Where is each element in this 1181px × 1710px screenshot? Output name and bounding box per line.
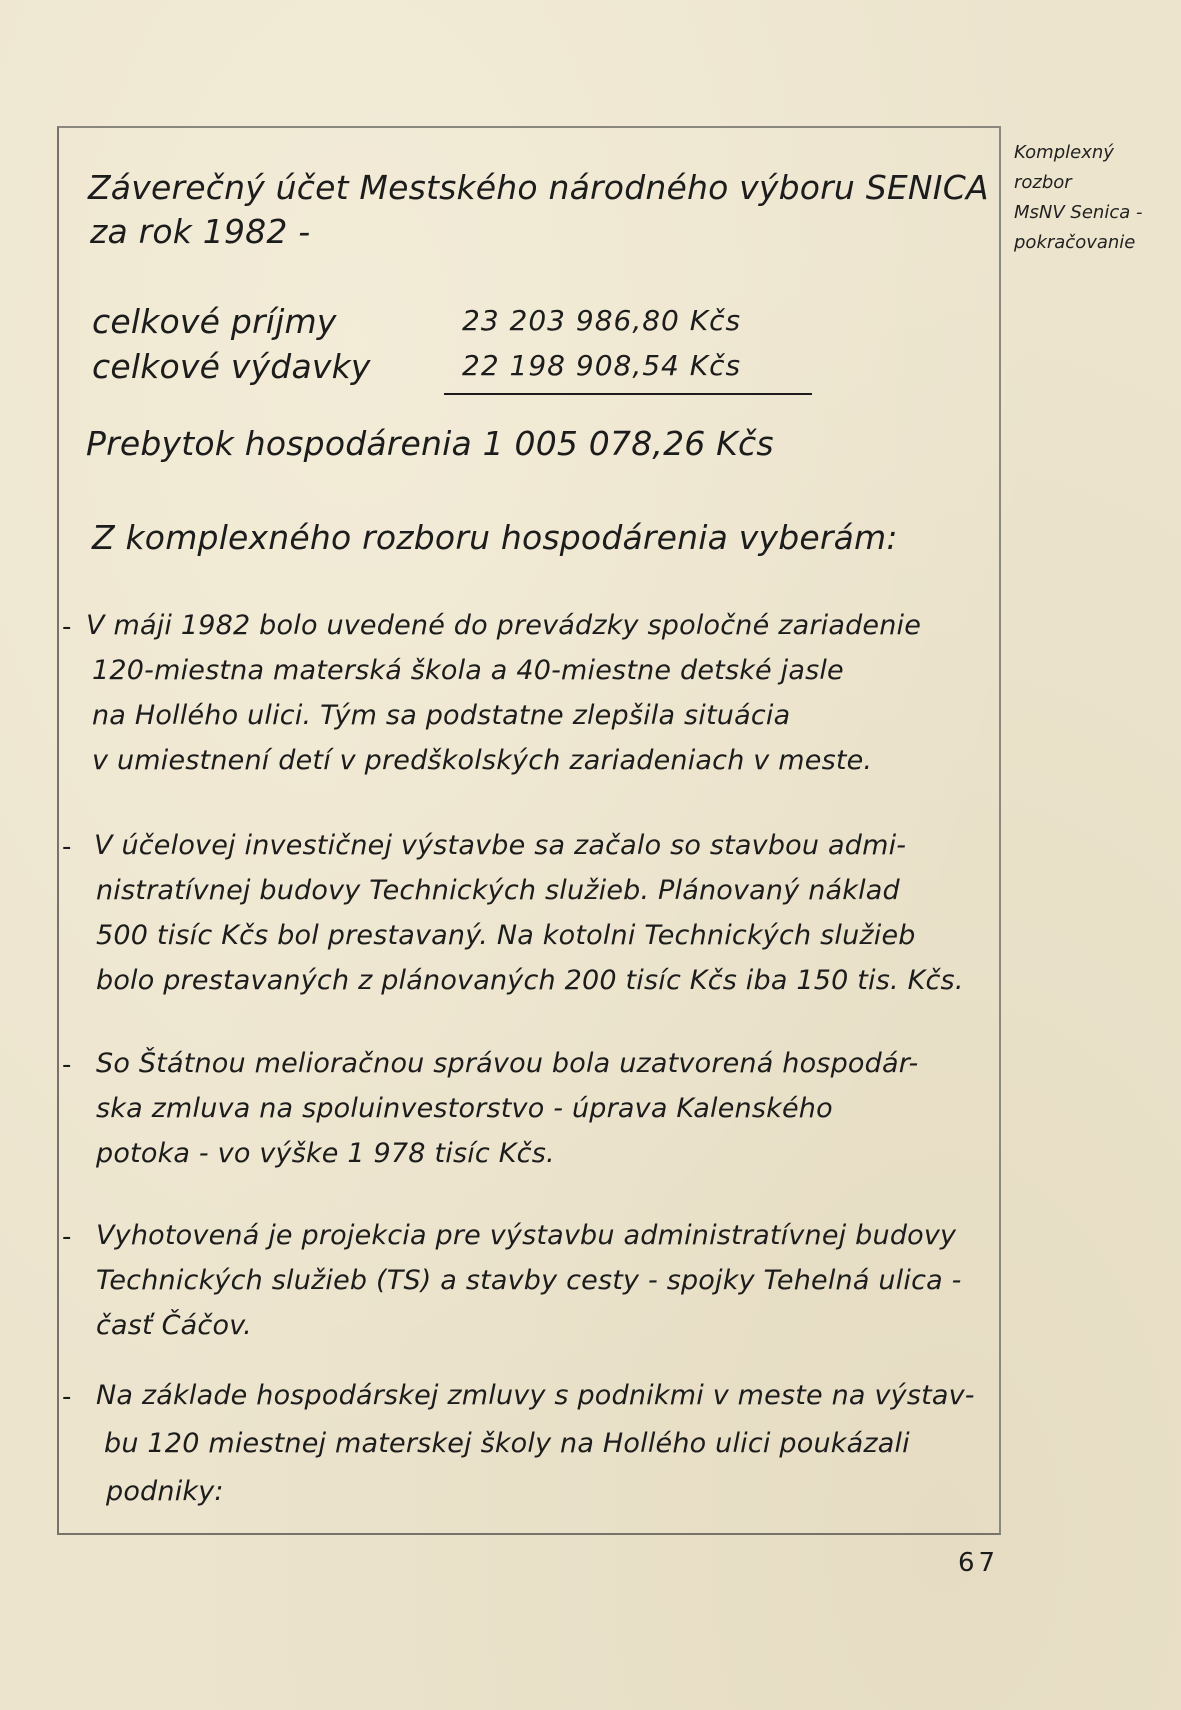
paragraph-5-line: Na základe hospodárskej zmluvy s podnikm… (96, 1380, 975, 1411)
income-label: celkové príjmy (92, 302, 337, 341)
paragraph-5-line: bu 120 miestnej materskej školy na Hollé… (104, 1428, 910, 1459)
paragraph-1-line: 120-miestna materská škola a 40-miestne … (92, 655, 844, 686)
margin-note-line: rozbor (1014, 168, 1179, 198)
expenses-label: celkové výdavky (92, 347, 371, 386)
document-page: Komplexný rozbor MsNV Senica - pokračova… (0, 0, 1181, 1710)
margin-note-line: Komplexný (1014, 138, 1179, 168)
bullet-dash: - (62, 832, 71, 862)
paragraph-4-line: časť Čáčov. (96, 1310, 252, 1341)
heading-line-2: za rok 1982 - (90, 212, 310, 251)
paragraph-4-line: Technických služieb (TS) a stavby cesty … (96, 1265, 962, 1296)
intro-line: Z komplexného rozboru hospodárenia vyber… (92, 518, 898, 557)
bullet-dash: - (62, 612, 71, 642)
paragraph-3-line: ska zmluva na spoluinvestorstvo - úprava… (96, 1093, 833, 1124)
sum-underline (444, 393, 812, 395)
paragraph-1-line: na Hollého ulici. Tým sa podstatne zlepš… (92, 700, 790, 731)
paragraph-4-line: Vyhotovená je projekcia pre výstavbu adm… (96, 1220, 956, 1251)
paragraph-1-line: V máji 1982 bolo uvedené do prevádzky sp… (86, 610, 921, 641)
page-number: 67 (958, 1548, 999, 1578)
surplus-line: Prebytok hospodárenia 1 005 078,26 Kčs (86, 424, 774, 463)
paragraph-2-line: nistratívnej budovy Technických služieb.… (96, 875, 900, 906)
bullet-dash: - (62, 1222, 71, 1252)
paragraph-5-line: podniky: (106, 1476, 224, 1507)
expenses-value: 22 198 908,54 Kčs (462, 349, 741, 382)
heading-line-1: Záverečný účet Mestského národného výbor… (88, 168, 989, 207)
paragraph-2-line: bolo prestavaných z plánovaných 200 tisí… (96, 965, 964, 996)
paragraph-3-line: potoka - vo výške 1 978 tisíc Kčs. (96, 1138, 555, 1169)
paragraph-3-line: So Štátnou melioračnou správou bola uzat… (96, 1048, 918, 1079)
paragraph-2-line: V účelovej investičnej výstavbe sa začal… (94, 830, 906, 861)
paragraph-1-line: v umiestnení detí v predškolských zariad… (92, 745, 872, 776)
paragraph-2-line: 500 tisíc Kčs bol prestavaný. Na kotolni… (96, 920, 916, 951)
bullet-dash: - (62, 1050, 71, 1080)
margin-note-line: pokračovanie (1014, 228, 1179, 258)
margin-note-line: MsNV Senica - (1014, 198, 1179, 228)
margin-note: Komplexný rozbor MsNV Senica - pokračova… (1014, 138, 1179, 258)
income-value: 23 203 986,80 Kčs (462, 304, 741, 337)
bullet-dash: - (62, 1382, 71, 1412)
